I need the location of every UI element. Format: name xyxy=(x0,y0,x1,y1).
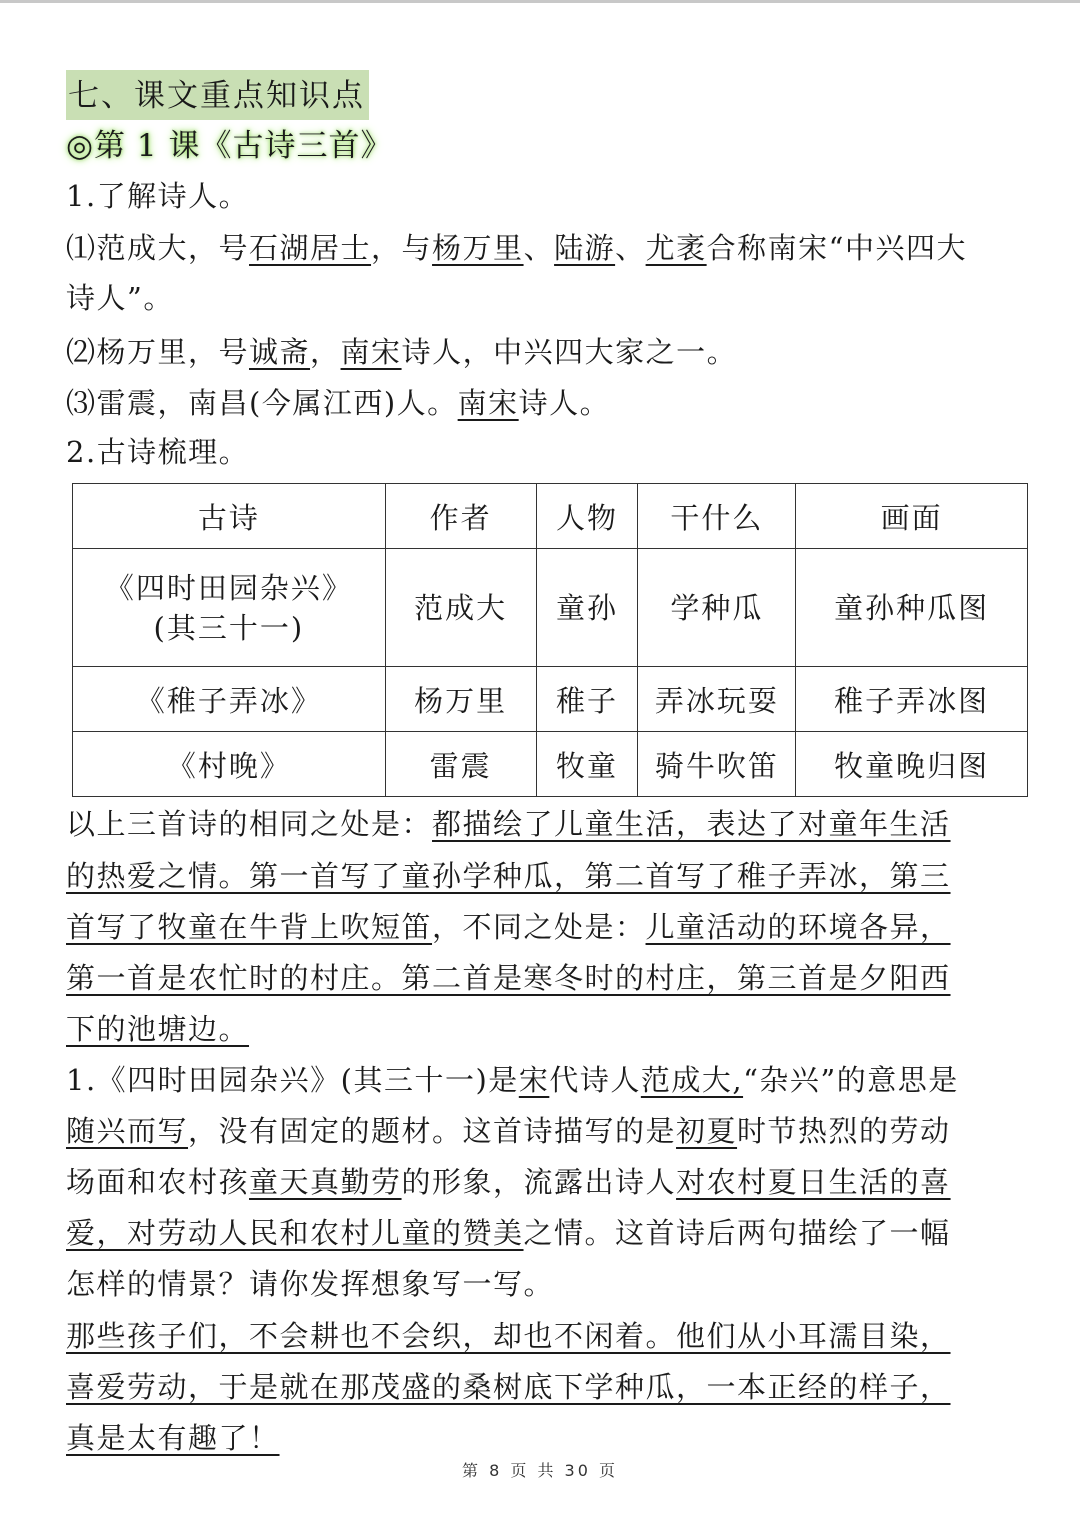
table-cell: 稚子 xyxy=(536,667,638,732)
analysis-line-4: 爱，对劳动人民和农村儿童的赞美之情。这首诗后两句描绘了一幅 xyxy=(66,1213,951,1253)
table-cell: 《稚子弄冰》 xyxy=(73,667,386,732)
answer-line-3: 真是太有趣了！ xyxy=(66,1418,280,1458)
analysis-question: 怎样的情景？请你发挥想象写一写。 xyxy=(66,1264,554,1304)
table-header-row: 古诗 作者 人物 干什么 画面 xyxy=(73,484,1028,549)
analysis-line-2: 随兴而写，没有固定的题材。这首诗描写的是初夏时节热烈的劳动 xyxy=(66,1111,951,1151)
table-cell: 骑牛吹笛 xyxy=(638,732,796,797)
table-cell: 范成大 xyxy=(385,549,536,667)
part1-heading: 1.了解诗人。 xyxy=(66,176,249,216)
table-cell: 雷震 xyxy=(385,732,536,797)
table-cell: 《村晚》 xyxy=(73,732,386,797)
comparison-line-4: 第一首是农忙时的村庄。第二首是寒冬时的村庄，第三首是夕阳西 xyxy=(66,958,951,998)
analysis-line-3: 场面和农村孩童天真勤劳的形象，流露出诗人对农村夏日生活的喜 xyxy=(66,1162,951,1202)
comparison-line-5: 下的池塘边。 xyxy=(66,1009,249,1049)
poet-item-3: ⑶雷震，南昌(今属江西)人。南宋诗人。 xyxy=(66,383,610,423)
answer-line-1: 那些孩子们，不会耕也不会织，却也不闲着。他们从小耳濡目染， xyxy=(66,1316,951,1356)
comparison-line-1: 以上三首诗的相同之处是：都描绘了儿童生活，表达了对童年生活 xyxy=(66,804,951,844)
poet-hao: 石湖居士 xyxy=(249,231,371,265)
table-cell: 稚子弄冰图 xyxy=(796,667,1028,732)
table-cell: 童孙种瓜图 xyxy=(796,549,1028,667)
table-cell: 牧童 xyxy=(536,732,638,797)
table-cell: 牧童晚归图 xyxy=(796,732,1028,797)
poem-summary-table: 古诗 作者 人物 干什么 画面 《四时田园杂兴》(其三十一) 范成大 童孙 学种… xyxy=(72,483,1028,797)
answer-line-2: 喜爱劳动，于是就在那茂盛的桑树底下学种瓜，一本正经的样子， xyxy=(66,1367,951,1407)
comparison-line-3: 首写了牧童在牛背上吹短笛，不同之处是：儿童活动的环境各异， xyxy=(66,907,951,947)
table-header: 人物 xyxy=(536,484,638,549)
top-border xyxy=(0,0,1080,3)
table-row: 《村晚》 雷震 牧童 骑牛吹笛 牧童晚归图 xyxy=(73,732,1028,797)
table-header: 画面 xyxy=(796,484,1028,549)
table-header: 作者 xyxy=(385,484,536,549)
table-cell: 童孙 xyxy=(536,549,638,667)
table-cell: 弄冰玩耍 xyxy=(638,667,796,732)
table-cell: 《四时田园杂兴》(其三十一) xyxy=(73,549,386,667)
page-number: 第 8 页 共 30 页 xyxy=(0,1458,1080,1481)
part2-heading: 2.古诗梳理。 xyxy=(66,432,249,472)
table-header: 古诗 xyxy=(73,484,386,549)
table-row: 《稚子弄冰》 杨万里 稚子 弄冰玩耍 稚子弄冰图 xyxy=(73,667,1028,732)
analysis-line-1: 1.《四时田园杂兴》(其三十一)是宋代诗人范成大,“杂兴”的意思是 xyxy=(66,1060,959,1100)
poet-item-1-cont: 诗人”。 xyxy=(66,278,174,318)
section-title: 七、课文重点知识点 xyxy=(66,70,369,120)
lesson-title: ◎第 1 课《古诗三首》 xyxy=(66,124,392,168)
table-header: 干什么 xyxy=(638,484,796,549)
poet-item-1: ⑴范成大，号石湖居士，与杨万里、陆游、尤袤合称南宋“中兴四大 xyxy=(66,228,967,268)
poet-item-2: ⑵杨万里，号诚斋，南宋诗人，中兴四大家之一。 xyxy=(66,332,737,372)
comparison-line-2: 的热爱之情。第一首写了童孙学种瓜，第二首写了稚子弄冰，第三 xyxy=(66,856,951,896)
table-cell: 学种瓜 xyxy=(638,549,796,667)
table-cell: 杨万里 xyxy=(385,667,536,732)
table-row: 《四时田园杂兴》(其三十一) 范成大 童孙 学种瓜 童孙种瓜图 xyxy=(73,549,1028,667)
